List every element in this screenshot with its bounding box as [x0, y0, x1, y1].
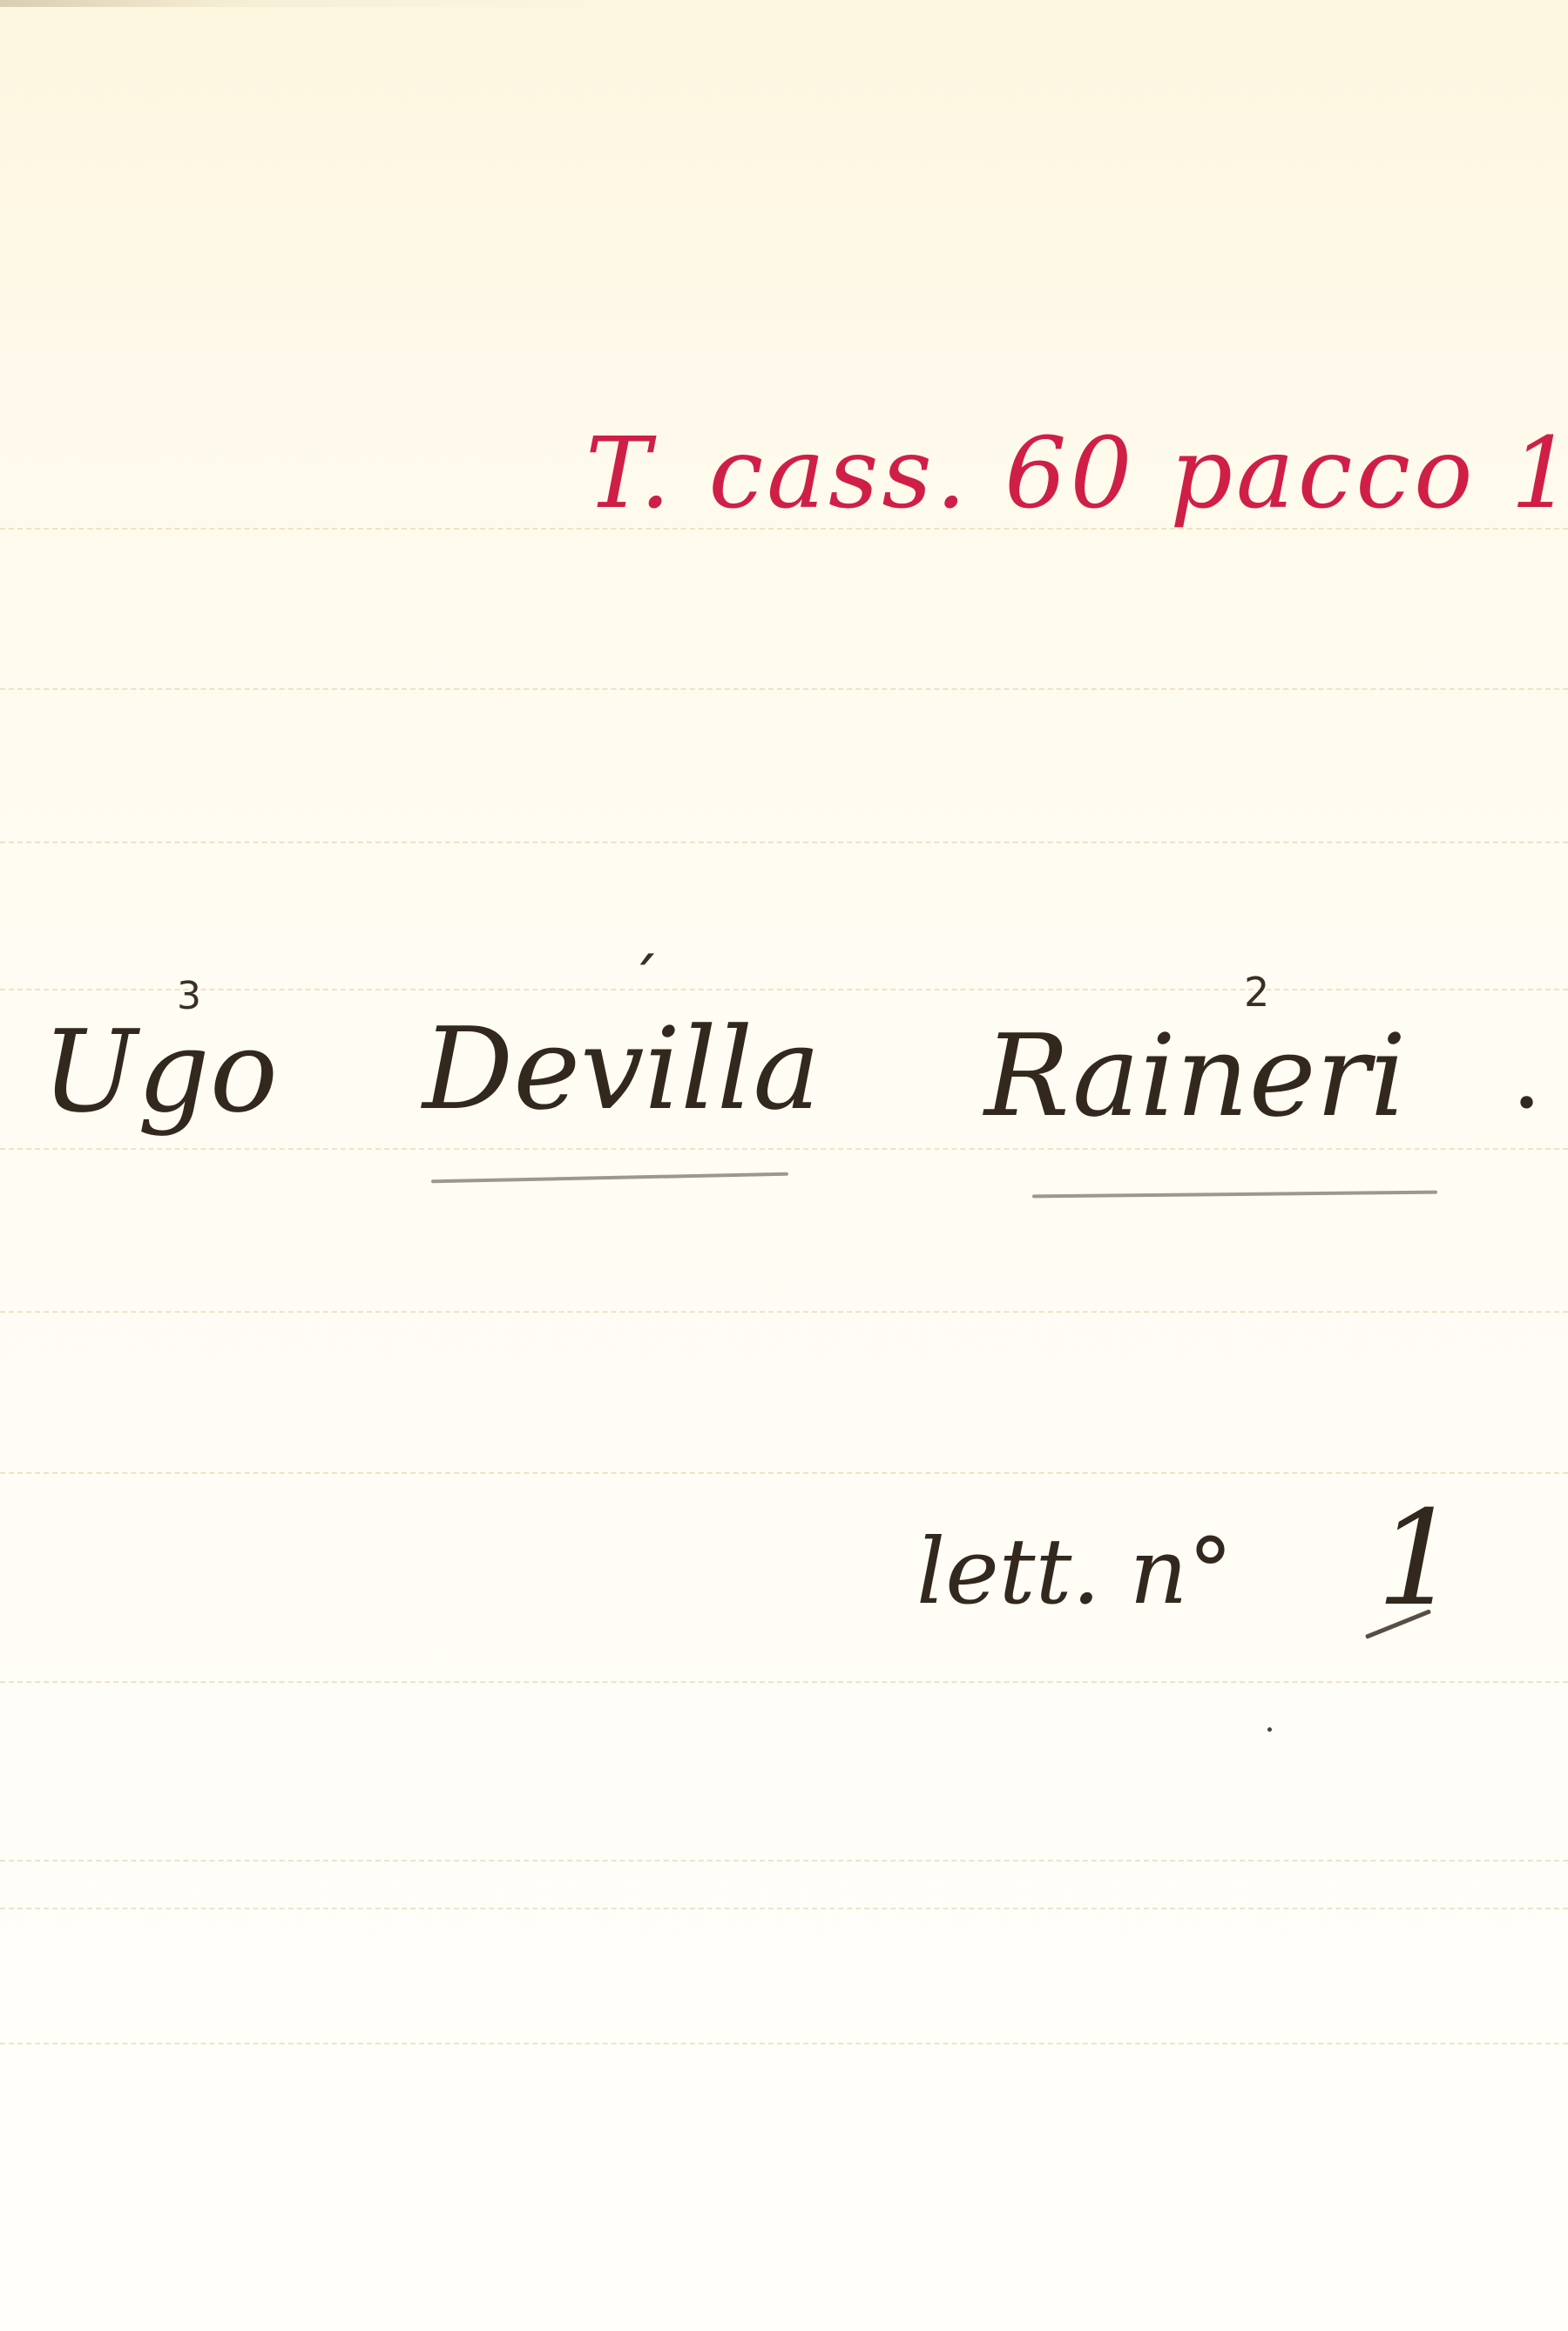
card-top-edge-shadow	[0, 0, 1568, 7]
ruled-line	[0, 1472, 1568, 1474]
last-name: Raineri	[984, 1019, 1406, 1132]
letter-ref-label: lett. n°	[916, 1526, 1233, 1617]
ruled-line	[0, 688, 1568, 690]
shelfmark: T. cass. 60 pacco 114	[585, 425, 1568, 523]
ruled-line	[0, 1681, 1568, 1683]
underline-middle-name	[431, 1172, 788, 1184]
letter-ref-number: 1	[1376, 1494, 1459, 1625]
underline-last-name	[1032, 1191, 1437, 1199]
ruled-line	[0, 2043, 1568, 2044]
order-mark-last-name: 2	[1244, 969, 1269, 1016]
ruled-line	[0, 1311, 1568, 1313]
middle-name: Devilla	[422, 1012, 821, 1125]
ruled-line	[0, 841, 1568, 843]
name-trailing-period: .	[1511, 1026, 1542, 1122]
ruled-line	[0, 1860, 1568, 1861]
index-card: T. cass. 60 pacco 114 3 ´ 2 Ugo Devilla …	[0, 0, 1568, 2331]
ruled-line	[0, 989, 1568, 990]
first-name: Ugo	[42, 1015, 278, 1128]
ruled-line	[0, 1908, 1568, 1909]
ink-speck	[1267, 1727, 1272, 1732]
ruled-line	[0, 1148, 1568, 1150]
